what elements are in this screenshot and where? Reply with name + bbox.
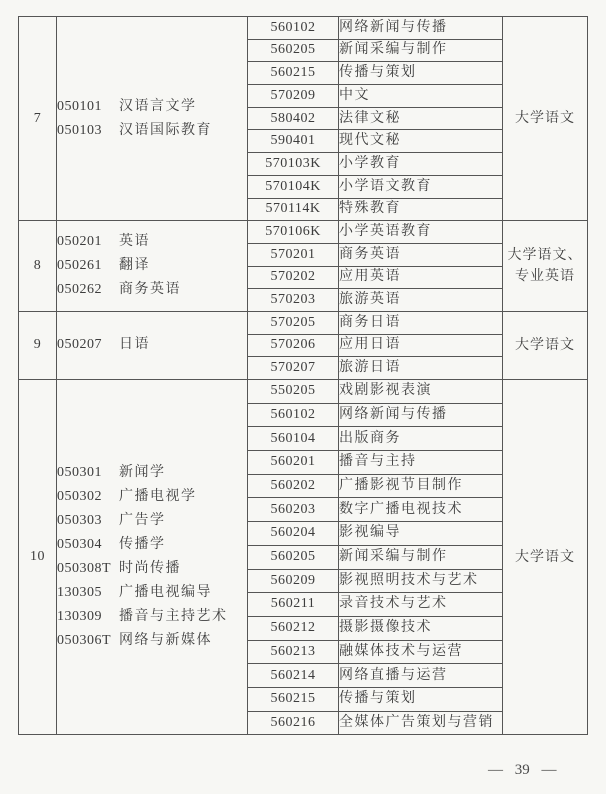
- major-code: 050302: [57, 485, 119, 509]
- major-line: 130309播音与主持艺术: [57, 605, 247, 629]
- vocational-code-cell: 560209: [248, 569, 339, 593]
- major-line: 050261翻译: [57, 254, 247, 278]
- exam-subject-mapping-table: 7 050101汉语言文学 050103汉语国际教育 560102 网络新闻与传…: [18, 16, 588, 735]
- major-line: 050101汉语言文学: [57, 95, 247, 119]
- major-line: 050262商务英语: [57, 278, 247, 302]
- vocational-major-cell: 播音与主持: [339, 451, 503, 475]
- major-line: 050308T时尚传播: [57, 557, 247, 581]
- major-name: 网络与新媒体: [119, 633, 212, 648]
- major-code: 050301: [57, 461, 119, 485]
- major-code: 050207: [57, 333, 119, 357]
- vocational-code-cell: 560205: [248, 39, 339, 62]
- vocational-major-cell: 广播影视节目制作: [339, 474, 503, 498]
- major-line: 130305广播电视编导: [57, 581, 247, 605]
- major-name: 翻译: [119, 258, 150, 273]
- exam-subject-cell: 大学语文: [503, 380, 588, 735]
- vocational-code-cell: 560216: [248, 711, 339, 735]
- vocational-major-cell: 商务英语: [339, 243, 503, 266]
- vocational-major-cell: 传播与策划: [339, 62, 503, 85]
- vocational-major-cell: 小学英语教育: [339, 221, 503, 244]
- major-code: 050261: [57, 254, 119, 278]
- vocational-major-cell: 应用日语: [339, 334, 503, 357]
- vocational-major-cell: 旅游英语: [339, 289, 503, 312]
- vocational-major-cell: 戏剧影视表演: [339, 380, 503, 404]
- vocational-major-cell: 全媒体广告策划与营销: [339, 711, 503, 735]
- vocational-code-cell: 560214: [248, 664, 339, 688]
- undergrad-majors-cell: 050207日语: [57, 311, 248, 379]
- serial-number-cell: 9: [19, 311, 57, 379]
- vocational-major-cell: 特殊教育: [339, 198, 503, 221]
- vocational-code-cell: 560202: [248, 474, 339, 498]
- major-name: 广播电视学: [119, 489, 197, 504]
- vocational-major-cell: 网络新闻与传播: [339, 403, 503, 427]
- vocational-major-cell: 新闻采编与制作: [339, 545, 503, 569]
- major-name: 新闻学: [119, 465, 166, 480]
- major-line: 050201英语: [57, 230, 247, 254]
- subject-line: 大学语文、: [503, 245, 587, 266]
- major-name: 时尚传播: [119, 561, 181, 576]
- table-row: 9 050207日语 570205 商务日语 大学语文: [19, 311, 588, 334]
- vocational-major-cell: 出版商务: [339, 427, 503, 451]
- major-name: 英语: [119, 234, 150, 249]
- serial-number-cell: 8: [19, 221, 57, 312]
- vocational-major-cell: 影视照明技术与艺术: [339, 569, 503, 593]
- vocational-code-cell: 570207: [248, 357, 339, 380]
- vocational-code-cell: 560215: [248, 62, 339, 85]
- vocational-major-cell: 数字广播电视技术: [339, 498, 503, 522]
- vocational-major-cell: 影视编导: [339, 522, 503, 546]
- vocational-code-cell: 570202: [248, 266, 339, 289]
- vocational-code-cell: 570209: [248, 85, 339, 108]
- vocational-major-cell: 录音技术与艺术: [339, 593, 503, 617]
- vocational-code-cell: 560213: [248, 640, 339, 664]
- vocational-code-cell: 560205: [248, 545, 339, 569]
- vocational-code-cell: 560102: [248, 17, 339, 40]
- page-number: — 39 —: [488, 762, 557, 779]
- vocational-major-cell: 现代文秘: [339, 130, 503, 153]
- vocational-code-cell: 560211: [248, 593, 339, 617]
- exam-subject-cell: 大学语文: [503, 17, 588, 221]
- undergrad-majors-cell: 050201英语 050261翻译 050262商务英语: [57, 221, 248, 312]
- major-line: 050306T网络与新媒体: [57, 629, 247, 653]
- major-code: 050303: [57, 509, 119, 533]
- vocational-code-cell: 570206: [248, 334, 339, 357]
- vocational-code-cell: 570205: [248, 311, 339, 334]
- serial-number-cell: 7: [19, 17, 57, 221]
- major-code: 050304: [57, 533, 119, 557]
- vocational-major-cell: 应用英语: [339, 266, 503, 289]
- major-code: 130305: [57, 581, 119, 605]
- major-code: 050103: [57, 119, 119, 143]
- vocational-code-cell: 560201: [248, 451, 339, 475]
- vocational-major-cell: 旅游日语: [339, 357, 503, 380]
- major-line: 050303广告学: [57, 509, 247, 533]
- vocational-major-cell: 网络直播与运营: [339, 664, 503, 688]
- subject-line: 大学语文: [503, 547, 587, 568]
- vocational-code-cell: 560104: [248, 427, 339, 451]
- major-code: 050308T: [57, 557, 119, 581]
- vocational-code-cell: 570114K: [248, 198, 339, 221]
- vocational-major-cell: 网络新闻与传播: [339, 17, 503, 40]
- major-line: 050304传播学: [57, 533, 247, 557]
- vocational-major-cell: 小学语文教育: [339, 175, 503, 198]
- vocational-major-cell: 中文: [339, 85, 503, 108]
- major-line: 050207日语: [57, 333, 247, 357]
- vocational-code-cell: 580402: [248, 107, 339, 130]
- major-code: 050101: [57, 95, 119, 119]
- table-row: 10 050301新闻学 050302广播电视学 050303广告学 05030…: [19, 380, 588, 404]
- vocational-code-cell: 560203: [248, 498, 339, 522]
- vocational-major-cell: 小学教育: [339, 153, 503, 176]
- major-name: 传播学: [119, 537, 166, 552]
- major-name: 汉语言文学: [119, 99, 197, 114]
- undergrad-majors-cell: 050301新闻学 050302广播电视学 050303广告学 050304传播…: [57, 380, 248, 735]
- subject-line: 大学语文: [503, 335, 587, 356]
- major-line: 050103汉语国际教育: [57, 119, 247, 143]
- vocational-code-cell: 570201: [248, 243, 339, 266]
- scanned-document-page: 7 050101汉语言文学 050103汉语国际教育 560102 网络新闻与传…: [0, 0, 606, 794]
- subject-line: 专业英语: [503, 266, 587, 287]
- vocational-code-cell: 570103K: [248, 153, 339, 176]
- vocational-major-cell: 融媒体技术与运营: [339, 640, 503, 664]
- major-code: 130309: [57, 605, 119, 629]
- vocational-major-cell: 新闻采编与制作: [339, 39, 503, 62]
- vocational-code-cell: 570106K: [248, 221, 339, 244]
- vocational-major-cell: 传播与策划: [339, 687, 503, 711]
- major-code: 050262: [57, 278, 119, 302]
- major-line: 050302广播电视学: [57, 485, 247, 509]
- vocational-code-cell: 570203: [248, 289, 339, 312]
- major-name: 播音与主持艺术: [119, 609, 228, 624]
- subject-line: 大学语文: [503, 108, 587, 129]
- vocational-code-cell: 560212: [248, 616, 339, 640]
- table-row: 7 050101汉语言文学 050103汉语国际教育 560102 网络新闻与传…: [19, 17, 588, 40]
- vocational-major-cell: 法律文秘: [339, 107, 503, 130]
- major-name: 汉语国际教育: [119, 123, 212, 138]
- serial-number-cell: 10: [19, 380, 57, 735]
- major-name: 广告学: [119, 513, 166, 528]
- exam-subject-cell: 大学语文: [503, 311, 588, 379]
- major-code: 050201: [57, 230, 119, 254]
- vocational-code-cell: 560204: [248, 522, 339, 546]
- major-name: 日语: [119, 337, 150, 352]
- table-row: 8 050201英语 050261翻译 050262商务英语 570106K 小…: [19, 221, 588, 244]
- major-name: 广播电视编导: [119, 585, 212, 600]
- major-code: 050306T: [57, 629, 119, 653]
- vocational-code-cell: 560102: [248, 403, 339, 427]
- exam-subject-cell: 大学语文、 专业英语: [503, 221, 588, 312]
- vocational-code-cell: 590401: [248, 130, 339, 153]
- vocational-major-cell: 商务日语: [339, 311, 503, 334]
- vocational-code-cell: 570104K: [248, 175, 339, 198]
- vocational-code-cell: 550205: [248, 380, 339, 404]
- major-line: 050301新闻学: [57, 461, 247, 485]
- vocational-major-cell: 摄影摄像技术: [339, 616, 503, 640]
- vocational-code-cell: 560215: [248, 687, 339, 711]
- major-name: 商务英语: [119, 282, 181, 297]
- undergrad-majors-cell: 050101汉语言文学 050103汉语国际教育: [57, 17, 248, 221]
